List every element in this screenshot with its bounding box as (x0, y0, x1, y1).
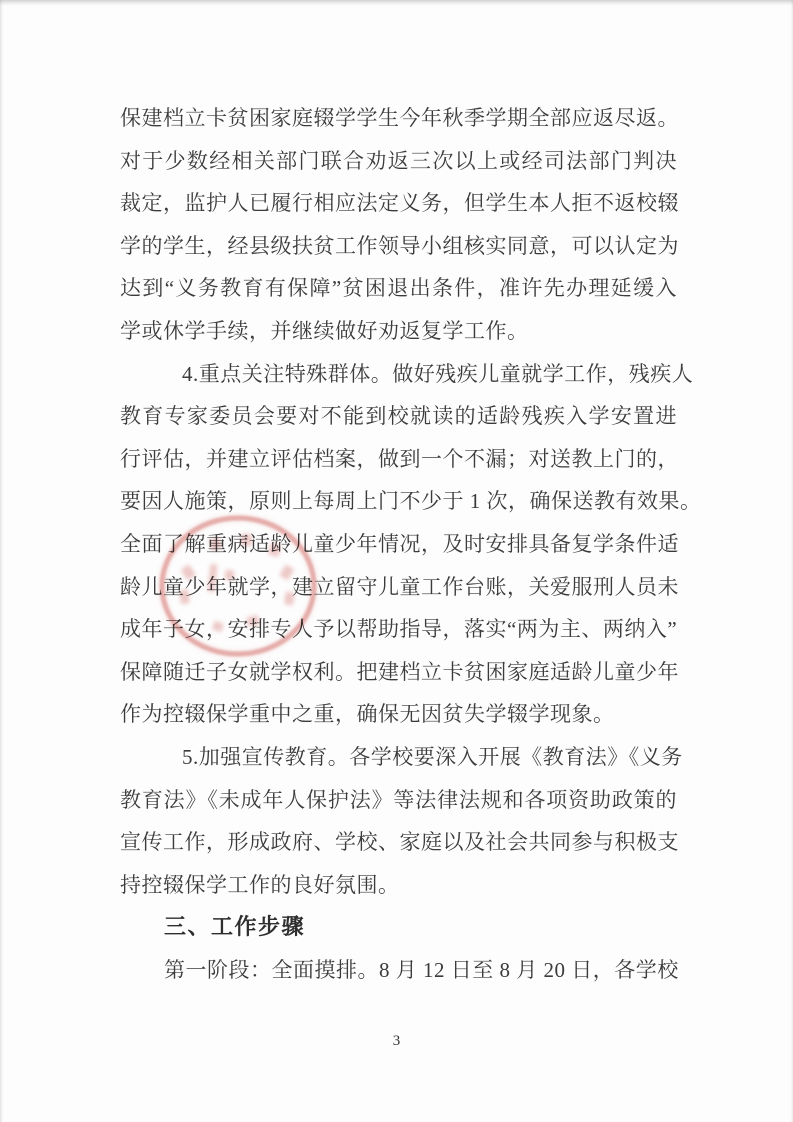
text-line: 保障随迁子女就学权利。把建档立卡贫困家庭适龄儿童少年 (120, 651, 677, 694)
text-line: 4.重点关注特殊群体。做好残疾儿童就学工作，残疾人 (120, 353, 677, 396)
text-line: 裁定，监护人已履行相应法定义务，但学生本人拒不返校辍 (120, 182, 677, 225)
text-line: 达到“义务教育有保障”贫困退出条件，准许先办理延缓入 (120, 267, 677, 310)
text-line: 作为控辍保学重中之重，确保无因贫失学辍学现象。 (120, 693, 677, 736)
text-line: 龄儿童少年就学，建立留守儿童工作台账，关爱服刑人员未 (120, 566, 677, 609)
text-line: 教育法》《未成年人保护法》等法律法规和各项资助政策的 (120, 779, 677, 822)
text-line: 对于少数经相关部门联合劝返三次以上或经司法部门判决 (120, 140, 677, 183)
text-line: 宣传工作，形成政府、学校、家庭以及社会共同参与积极支 (120, 821, 677, 864)
document-body: 保建档立卡贫困家庭辍学学生今年秋季学期全部应返尽返。 对于少数经相关部门联合劝返… (120, 97, 677, 991)
text-line: 成年子女，安排专人予以帮助指导，落实“两为主、两纳入” (120, 608, 677, 651)
document-page: 保建档立卡贫困家庭辍学学生今年秋季学期全部应返尽返。 对于少数经相关部门联合劝返… (0, 0, 793, 1122)
section-heading: 三、工作步骤 (120, 906, 677, 949)
text-line: 要因人施策，原则上每周上门不少于 1 次，确保送教有效果。 (120, 480, 677, 523)
text-line: 第一阶段：全面摸排。8 月 12 日至 8 月 20 日，各学校 (120, 949, 677, 992)
page-number: 3 (0, 1033, 793, 1050)
text-line: 5.加强宣传教育。各学校要深入开展《教育法》《义务 (120, 736, 677, 779)
text-line: 教育专家委员会要对不能到校就读的适龄残疾入学安置进 (120, 395, 677, 438)
text-line: 持控辍保学工作的良好氛围。 (120, 864, 677, 907)
text-line: 学的学生，经县级扶贫工作领导小组核实同意，可以认定为 (120, 225, 677, 268)
text-line: 全面了解重病适龄儿童少年情况，及时安排具备复学条件适 (120, 523, 677, 566)
text-line: 学或休学手续，并继续做好劝返复学工作。 (120, 310, 677, 353)
text-line: 行评估，并建立评估档案，做到一个不漏；对送教上门的， (120, 438, 677, 481)
text-line: 保建档立卡贫困家庭辍学学生今年秋季学期全部应返尽返。 (120, 97, 677, 140)
